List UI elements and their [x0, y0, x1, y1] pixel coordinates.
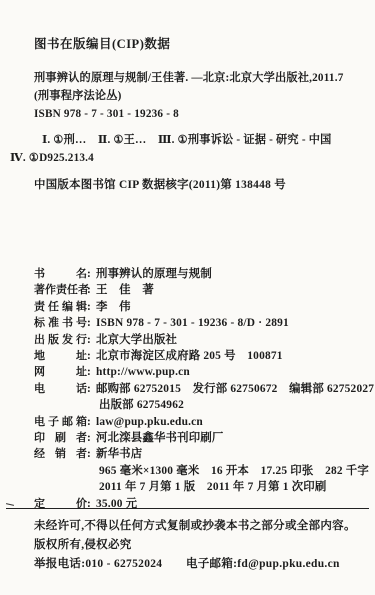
row-colon: :	[87, 315, 93, 331]
colophon-row-edition: 2011 年 7 月第 1 版 2011 年 7 月第 1 次印刷	[34, 479, 357, 495]
row-label: 定价	[34, 496, 87, 512]
row-label: 经销者	[34, 446, 87, 462]
colophon-row-format: 965 毫米×1300 毫米 16 开本 17.25 印张 282 千字	[34, 463, 357, 479]
row-colon: :	[87, 299, 93, 315]
row-colon: :	[87, 496, 93, 512]
row-value: 出版部 62754962	[99, 399, 184, 411]
row-value: 李 伟	[96, 301, 131, 313]
colophon-row-website: 网址:http://www.pup.cn	[34, 364, 357, 380]
row-label: 书名	[34, 266, 87, 282]
row-label: 标准书号	[34, 315, 87, 331]
colophon-row-phone: 电话:邮购部 62752015 发行部 62750672 编辑部 6275202…	[34, 381, 357, 397]
row-value: 河北滦县鑫华书刊印刷厂	[96, 432, 224, 444]
row-colon: :	[87, 414, 93, 430]
row-label: 地址	[34, 348, 87, 364]
copyright-page: 图书在版编目(CIP)数据 刑事辨认的原理与规制/王佳著. —北京:北京大学出版…	[0, 0, 375, 595]
row-colon: :	[87, 348, 93, 364]
row-value: 北京大学出版社	[96, 334, 177, 346]
cip-title-line: 刑事辨认的原理与规制/王佳著. —北京:北京大学出版社,2011.7	[34, 69, 357, 87]
row-colon: :	[87, 430, 93, 446]
row-value: 2011 年 7 月第 1 版 2011 年 7 月第 1 次印刷	[99, 481, 326, 493]
row-colon: :	[87, 364, 93, 380]
report-contact-line: 举报电话:010 - 62752024 电子邮箱:fd@pup.pku.edu.…	[34, 555, 365, 574]
cip-class-line-2: Ⅳ. ①D925.213.4	[10, 149, 357, 167]
cip-isbn-line: ISBN 978 - 7 - 301 - 19236 - 8	[34, 105, 357, 123]
no-copy-notice: 未经许可,不得以任何方式复制或抄袭本书之部分或全部内容。	[34, 517, 365, 536]
cip-series-line: (刑事程序法论丛)	[34, 87, 357, 105]
cip-block: 刑事辨认的原理与规制/王佳著. —北京:北京大学出版社,2011.7 (刑事程序…	[34, 69, 357, 123]
row-value: 北京市海淀区成府路 205 号 100871	[96, 350, 283, 362]
colophon-row-distributor: 经销者:新华书店	[34, 446, 357, 462]
row-value: 王 佳 著	[96, 284, 154, 296]
row-label: 责任编辑	[34, 299, 87, 315]
row-label: 印刷者	[34, 430, 87, 446]
row-value: law@pup.pku.edu.cn	[96, 416, 203, 428]
divider-tick	[6, 503, 14, 506]
footer-notices: 未经许可,不得以任何方式复制或抄袭本书之部分或全部内容。 版权所有,侵权必究 举…	[34, 517, 365, 574]
colophon-row-isbn: 标准书号:ISBN 978 - 7 - 301 - 19236 - 8/D · …	[34, 315, 357, 331]
cip-class-line-1: Ⅰ. ①刑… Ⅱ. ①王… Ⅲ. ①刑事诉讼 - 证据 - 研究 - 中国	[34, 131, 357, 149]
colophon-row-editor: 责任编辑:李 伟	[34, 299, 357, 315]
row-label: 电子邮箱	[34, 414, 87, 430]
colophon-row-address: 地址:北京市海淀区成府路 205 号 100871	[34, 348, 357, 364]
row-colon: :	[87, 446, 93, 462]
row-label: 电话	[34, 381, 87, 397]
divider-rule	[6, 508, 369, 509]
row-value: 刑事辨认的原理与规制	[96, 268, 212, 280]
row-value: 新华书店	[96, 448, 142, 460]
row-label: 出版发行	[34, 332, 87, 348]
colophon-row-title: 书名:刑事辨认的原理与规制	[34, 266, 357, 282]
row-value: 965 毫米×1300 毫米 16 开本 17.25 印张 282 千字	[99, 465, 369, 477]
row-label: 网址	[34, 364, 87, 380]
colophon-row-price: 定价:35.00 元	[34, 496, 357, 512]
row-value: 邮购部 62752015 发行部 62750672 编辑部 62752027	[96, 383, 374, 395]
cip-record-line: 中国版本图书馆 CIP 数据核字(2011)第 138448 号	[34, 176, 357, 194]
cip-header: 图书在版编目(CIP)数据	[34, 34, 357, 52]
row-colon: :	[87, 266, 93, 282]
copyright-notice: 版权所有,侵权必究	[34, 536, 365, 555]
row-colon: :	[87, 282, 93, 298]
row-value: http://www.pup.cn	[96, 366, 190, 378]
row-label: 著作责任者	[34, 282, 87, 298]
row-colon: :	[87, 381, 93, 397]
colophon-row-publisher: 出版发行:北京大学出版社	[34, 332, 357, 348]
colophon-row-author: 著作责任者:王 佳 著	[34, 282, 357, 298]
colophon-row-phone-cont: 出版部 62754962	[34, 397, 357, 413]
row-value: ISBN 978 - 7 - 301 - 19236 - 8/D · 2891	[96, 317, 289, 329]
row-colon: :	[87, 332, 93, 348]
colophon-row-email: 电子邮箱:law@pup.pku.edu.cn	[34, 414, 357, 430]
colophon-row-printer: 印刷者:河北滦县鑫华书刊印刷厂	[34, 430, 357, 446]
cip-classification-block: Ⅰ. ①刑… Ⅱ. ①王… Ⅲ. ①刑事诉讼 - 证据 - 研究 - 中国 Ⅳ.…	[34, 131, 357, 167]
colophon-table: 书名:刑事辨认的原理与规制 著作责任者:王 佳 著 责任编辑:李 伟 标准书号:…	[34, 266, 357, 512]
